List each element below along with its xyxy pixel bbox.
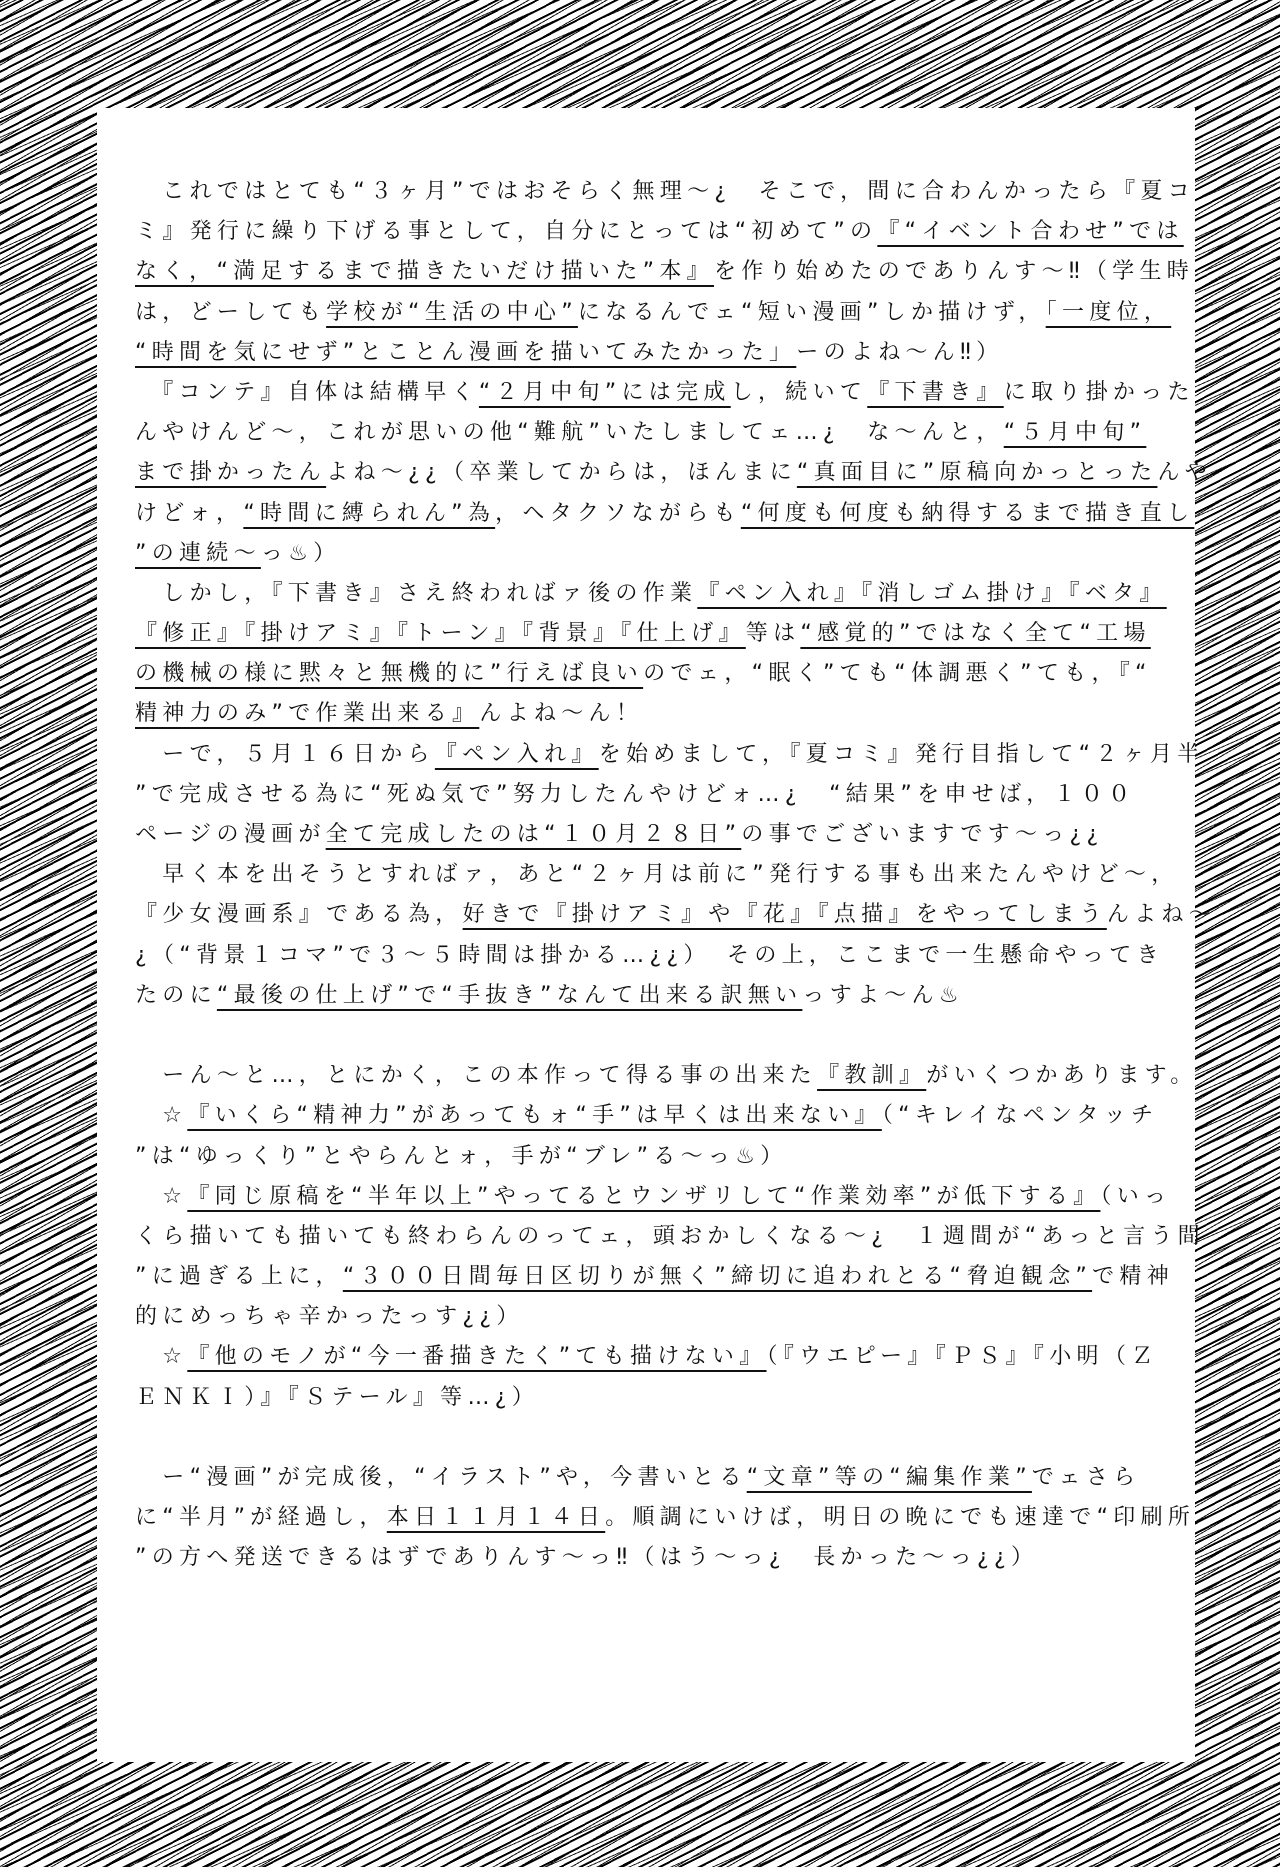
text-line: 『少女漫画系』である為，好きで『掛けアミ』や『花』『点描』をやってしまうんよね〜	[135, 895, 1155, 935]
text-line: ーん〜と…，とにかく，この本作って得る事の出来た『教訓』がいくつかあります。	[135, 1056, 1155, 1096]
text-run: っ♨）	[261, 541, 341, 566]
underlined-phrase: 『他のモノが“今一番描きたく”ても描けない』	[187, 1344, 766, 1369]
underlined-phrase: 『修正』『掛けアミ』『トーン』『背景』『仕上げ』	[135, 621, 746, 646]
text-run: を始めまして，『夏コミ』発行目指して“２ヶ月半	[599, 742, 1205, 767]
text-run: に取り掛かった	[1004, 380, 1195, 405]
text-line: ミ』発行に繰り下げる事として，自分にとっては“初めて”の『“イベント合わせ”では	[135, 212, 1155, 252]
underlined-phrase: 『ペン入れ』	[435, 742, 599, 767]
text-run: （『ウエピー』『ＰＳ』『小明（Ｚ	[767, 1344, 1159, 1369]
underlined-phrase: “５月中旬”	[1004, 420, 1147, 445]
underlined-phrase: 全て完成したのは“１０月２８日”	[326, 822, 742, 847]
text-run: ー“漫画”が完成後，“イラスト”や，今書いとる	[135, 1465, 747, 1490]
text-run: ーのよね〜ん‼）	[796, 340, 1003, 365]
underlined-phrase: “何度も何度も納得するまで描き直し	[741, 501, 1195, 526]
text-line: ”は“ゆっくり”とやらんとォ，手が“ブレ”る〜っ♨）	[135, 1137, 1155, 1177]
text-run: ーで，５月１６日から	[135, 742, 435, 767]
text-run: ーん〜と…，とにかく，この本作って得る事の出来た	[135, 1063, 817, 1088]
text-line: ☆『他のモノが“今一番描きたく”ても描けない』（『ウエピー』『ＰＳ』『小明（Ｚ	[135, 1337, 1155, 1377]
text-run: ☆	[135, 1344, 187, 1369]
text-line: たのに“最後の仕上げ”で“手抜き”なんて出来る訳無いっすよ〜ん♨	[135, 976, 1155, 1016]
text-line: の機械の様に黙々と無機的に”行えば良いのでェ，“眠く”ても“体調悪く”ても，『“	[135, 654, 1155, 694]
text-run: んや	[1157, 460, 1212, 485]
text-line: んやけんど〜，これが思いの他“難航”いたしましてェ…¿ な〜んと，“５月中旬”	[135, 413, 1155, 453]
text-run: ☆	[135, 1103, 187, 1128]
text-run: （いっ	[1100, 1184, 1171, 1209]
underlined-phrase: “３００日間毎日区切りが無く”締切に追われとる“脅迫観念”	[343, 1264, 1092, 1289]
underlined-phrase: “時間を気にせず”とことん漫画を描いてみたかった」	[135, 340, 796, 365]
text-line: 的にめっちゃ辛かったっす¿¿）	[135, 1297, 1155, 1337]
text-line: ¿（“背景１コマ”で３〜５時間は掛かる…¿¿） その上，ここまで一生懸命やってき	[135, 936, 1155, 976]
text-run: ミ』発行に繰り下げる事として，自分にとっては“初めて”の	[135, 219, 877, 244]
text-run: は，どーしても	[135, 300, 326, 325]
text-line: けどォ，“時間に縛られん”為，ヘタクソながらも“何度も何度も納得するまで描き直し	[135, 494, 1155, 534]
text-run: ☆	[135, 1184, 187, 1209]
underlined-phrase: “最後の仕上げ”で“手抜き”なんて出来る訳無い	[217, 983, 803, 1008]
underlined-phrase: 『教訓』	[817, 1063, 926, 1088]
underlined-phrase: “時間に縛られん”為	[243, 501, 495, 526]
text-line: ”の連続〜っ♨）	[135, 534, 1155, 574]
text-run: しかし，『下書き』さえ終わればァ後の作業	[135, 581, 697, 606]
text-run: ”の方へ発送できるはずでありんす〜っ‼（はう〜っ¿ 長かった〜っ¿¿）	[135, 1545, 1038, 1570]
text-run: で精神	[1092, 1264, 1174, 1289]
text-line: 早く本を出そうとすればァ，あと“２ヶ月は前に”発行する事も出来たんやけど〜，	[135, 855, 1155, 895]
text-run: 『コンテ』自体は結構早く	[135, 380, 479, 405]
text-run: ，ヘタクソながらも	[495, 501, 741, 526]
text-run: ページの漫画が	[135, 822, 326, 847]
text-run: を作り始めたのでありんす〜‼（学生時	[714, 259, 1194, 284]
underlined-phrase: 『ペン入れ』『消しゴム掛け』『ベタ』	[697, 581, 1166, 606]
underlined-phrase: 好きで『掛けアミ』や『花』『点描』をやってしまう	[463, 902, 1107, 927]
text-line: “時間を気にせず”とことん漫画を描いてみたかった」ーのよね〜ん‼）	[135, 333, 1155, 373]
underlined-phrase: 『下書き』	[867, 380, 1004, 405]
text-line: ”に過ぎる上に，“３００日間毎日区切りが無く”締切に追われとる“脅迫観念”で精神	[135, 1257, 1155, 1297]
text-run: （“キレイなペンタッチ	[882, 1103, 1159, 1128]
text-line: ☆『いくら“精神力”があってもォ“手”は早くは出来ない』（“キレイなペンタッチ	[135, 1096, 1155, 1136]
text-run: ”に過ぎる上に，	[135, 1264, 343, 1289]
text-run: けどォ，	[135, 501, 243, 526]
text-run: 。順調にいけば，明日の晩にでも速達で“印刷所	[605, 1505, 1195, 1530]
document-body: これではとても“３ヶ月”ではおそらく無理〜¿ そこで，間に合わんかったら『夏コミ…	[135, 172, 1155, 1579]
text-run: の事でございますです〜っ¿¿	[741, 822, 1103, 847]
text-run: よね〜¿¿（卒業してからは，ほんまに	[326, 460, 797, 485]
text-line: くら描いても描いても終わらんのってェ，頭おかしくなる〜¿ １週間が“あっと言う間	[135, 1217, 1155, 1257]
text-run: に“半月”が経過し，	[135, 1505, 387, 1530]
underlined-phrase: “２月中旬”には完成	[479, 380, 731, 405]
text-run: ¿（“背景１コマ”で３〜５時間は掛かる…¿¿） その上，ここまで一生懸命やってき	[135, 943, 1164, 968]
blank-line	[135, 1016, 1155, 1056]
text-run: になるんでェ“短い漫画”しか描けず，	[578, 300, 1046, 325]
text-line: ＥＮＫＩ）』『Ｓテール』等…¿）	[135, 1378, 1155, 1418]
underlined-phrase: “真面目に”原稿向かっとった	[797, 460, 1158, 485]
text-line: 『修正』『掛けアミ』『トーン』『背景』『仕上げ』等は“感覚的”ではなく全て“工場	[135, 614, 1155, 654]
text-run: 早く本を出そうとすればァ，あと“２ヶ月は前に”発行する事も出来たんやけど〜，	[135, 862, 1179, 887]
text-line: なく，“満足するまで描きたいだけ描いた”本』を作り始めたのでありんす〜‼（学生時	[135, 252, 1155, 292]
text-line: これではとても“３ヶ月”ではおそらく無理〜¿ そこで，間に合わんかったら『夏コ	[135, 172, 1155, 212]
text-run: 『少女漫画系』である為，	[135, 902, 463, 927]
text-run: でェさら	[1032, 1465, 1141, 1490]
underlined-phrase: ”の連続〜	[135, 541, 261, 566]
text-run: んやけんど〜，これが思いの他“難航”いたしましてェ…¿ な〜んと，	[135, 420, 1004, 445]
text-run: っすよ〜ん♨	[802, 983, 964, 1008]
text-line: 精神力のみ”で作業出来る』んよね〜ん！	[135, 694, 1155, 734]
text-run: ”で完成させる為に“死ぬ気で”努力したんやけどォ…¿ “結果”を申せば，１００	[135, 782, 1136, 807]
underlined-phrase: なく，“満足するまで描きたいだけ描いた”本』	[135, 259, 714, 284]
text-line: ー“漫画”が完成後，“イラスト”や，今書いとる“文章”等の“編集作業”でェさら	[135, 1458, 1155, 1498]
text-run: がいくつかあります。	[926, 1063, 1197, 1088]
text-run: ＥＮＫＩ）』『Ｓテール』等…¿）	[135, 1385, 539, 1410]
text-line: ーで，５月１６日から『ペン入れ』を始めまして，『夏コミ』発行目指して“２ヶ月半	[135, 735, 1155, 775]
underlined-phrase: 『“イベント合わせ”では	[877, 219, 1183, 244]
text-run: のでェ，“眠く”ても“体調悪く”ても，『“	[643, 661, 1152, 686]
text-run: ”は“ゆっくり”とやらんとォ，手が“ブレ”る〜っ♨）	[135, 1144, 788, 1169]
text-line: に“半月”が経過し，本日１１月１４日。順調にいけば，明日の晩にでも速達で“印刷所	[135, 1498, 1155, 1538]
text-run: んよね〜ん！	[479, 701, 643, 726]
text-line: ☆『同じ原稿を“半年以上”やってるとウンザリして“作業効率”が低下する』（いっ	[135, 1177, 1155, 1217]
text-run: たのに	[135, 983, 217, 1008]
text-line: ”の方へ発送できるはずでありんす〜っ‼（はう〜っ¿ 長かった〜っ¿¿）	[135, 1538, 1155, 1578]
underlined-phrase: 学校が“生活の中心”	[326, 300, 578, 325]
underlined-phrase: “感覚的”ではなく全て“工場	[800, 621, 1150, 646]
text-run: 等は	[746, 621, 801, 646]
text-line: は，どーしても学校が“生活の中心”になるんでェ“短い漫画”しか描けず，「一度位，	[135, 293, 1155, 333]
text-line: まで掛かったんよね〜¿¿（卒業してからは，ほんまに“真面目に”原稿向かっとったん…	[135, 453, 1155, 493]
text-line: しかし，『下書き』さえ終わればァ後の作業『ペン入れ』『消しゴム掛け』『ベタ』	[135, 574, 1155, 614]
underlined-phrase: の機械の様に黙々と無機的に”行えば良い	[135, 661, 643, 686]
underlined-phrase: 『いくら“精神力”があってもォ“手”は早くは出来ない』	[187, 1103, 881, 1128]
text-run: し，続いて	[731, 380, 868, 405]
underlined-phrase: 精神力のみ”で作業出来る』	[135, 701, 479, 726]
underlined-phrase: まで掛かったん	[135, 460, 326, 485]
text-line: 『コンテ』自体は結構早く“２月中旬”には完成し，続いて『下書き』に取り掛かった	[135, 373, 1155, 413]
text-run: 的にめっちゃ辛かったっす¿¿）	[135, 1304, 524, 1329]
blank-line	[135, 1418, 1155, 1458]
text-run: んよね〜	[1107, 902, 1216, 927]
underlined-phrase: 「一度位，	[1046, 300, 1172, 325]
text-run: これではとても“３ヶ月”ではおそらく無理〜¿ そこで，間に合わんかったら『夏コ	[135, 179, 1195, 204]
text-line: ページの漫画が全て完成したのは“１０月２８日”の事でございますです〜っ¿¿	[135, 815, 1155, 855]
text-run: くら描いても描いても終わらんのってェ，頭おかしくなる〜¿ １週間が“あっと言う間	[135, 1224, 1205, 1249]
underlined-phrase: 本日１１月１４日	[387, 1505, 605, 1530]
underlined-phrase: “文章”等の“編集作業”	[747, 1465, 1032, 1490]
text-line: ”で完成させる為に“死ぬ気で”努力したんやけどォ…¿ “結果”を申せば，１００	[135, 775, 1155, 815]
underlined-phrase: 『同じ原稿を“半年以上”やってるとウンザリして“作業効率”が低下する』	[187, 1184, 1100, 1209]
